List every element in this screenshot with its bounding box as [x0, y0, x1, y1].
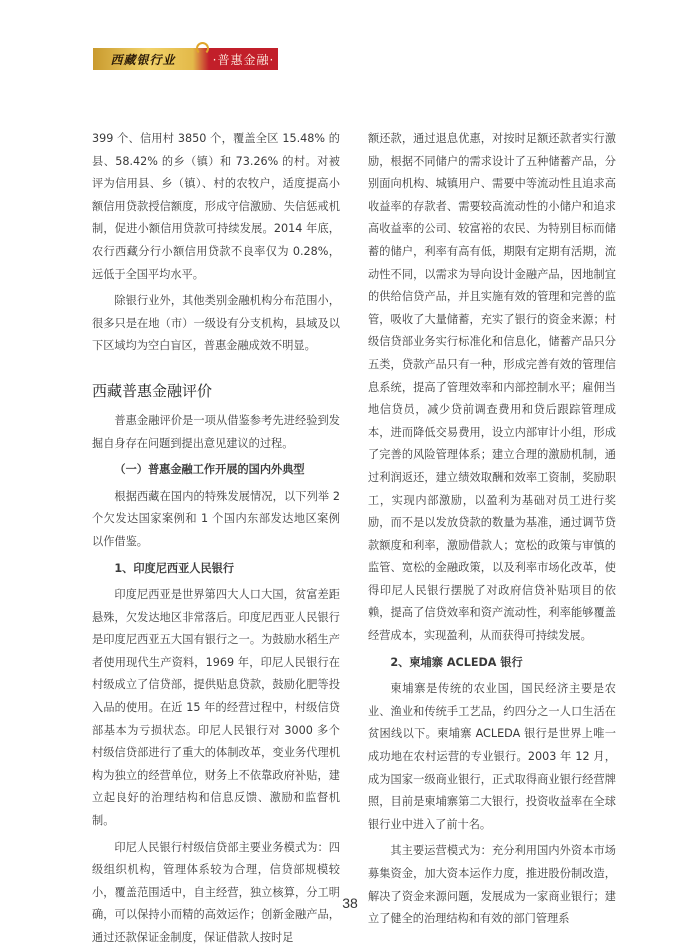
paragraph: 除银行业外，其他类别金融机构分布范围小，很多只是在地（市）一级设有分支机构，县域…	[92, 290, 340, 358]
subheading: 2、柬埔寨 ACLEDA 银行	[368, 652, 616, 675]
subheading: （一）普惠金融工作开展的国内外典型	[92, 459, 340, 482]
swirl-ornament-icon	[193, 48, 209, 70]
paragraph: 普惠金融评价是一项从借鉴参考先进经验到发掘自身存在问题到提出意见建议的过程。	[92, 410, 340, 455]
page-number: 38	[0, 895, 700, 911]
left-column: 399 个、信用村 3850 个，覆盖全区 15.48% 的县、58.42% 的…	[92, 128, 340, 950]
paragraph: 根据西藏在国内的特殊发展情况，以下列举 2 个欠发达国家案例和 1 个国内东部发…	[92, 486, 340, 554]
paragraph: 399 个、信用村 3850 个，覆盖全区 15.48% 的县、58.42% 的…	[92, 128, 340, 286]
publication-label: 西藏银行业	[93, 48, 193, 70]
subheading: 1、印度尼西亚人民银行	[92, 558, 340, 581]
paragraph: 印尼人民银行村级信贷部主要业务模式为：四级组织机构，管理体系较为合理，信贷部规模…	[92, 837, 340, 950]
paragraph: 其主要运营模式为：充分利用国内外资本市场募集资金，加大资本运作力度，推进股份制改…	[368, 840, 616, 930]
section-title: 西藏普惠金融评价	[92, 380, 340, 402]
column-label: ·普惠金融·	[209, 48, 278, 70]
paragraph: 额还款，通过退息优惠，对按时足额还款者实行激励，根据不同储户的需求设计了五种储蓄…	[368, 128, 616, 648]
header-banner: 西藏银行业 ·普惠金融·	[93, 48, 278, 70]
paragraph: 柬埔寨是传统的农业国，国民经济主要是农业、渔业和传统手工艺品，约四分之一人口生活…	[368, 678, 616, 836]
paragraph: 印度尼西亚是世界第四大人口大国，贫富差距悬殊，欠发达地区非常落后。印度尼西亚人民…	[92, 584, 340, 833]
right-column: 额还款，通过退息优惠，对按时足额还款者实行激励，根据不同储户的需求设计了五种储蓄…	[368, 128, 616, 935]
